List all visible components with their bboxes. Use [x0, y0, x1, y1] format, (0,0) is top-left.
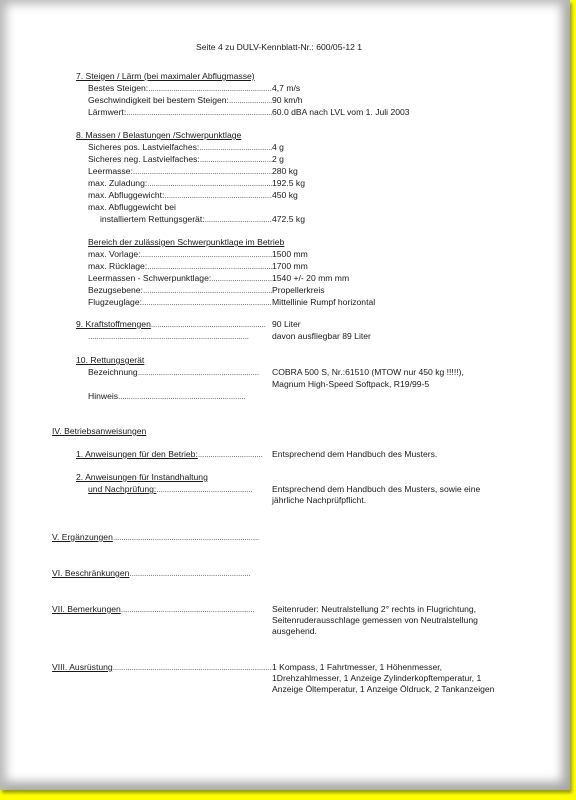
leader-dots: ........................................…	[121, 604, 255, 614]
row-label: installiertem Rettungsgerät:............…	[100, 214, 272, 225]
label-text: Lärmwert:	[88, 107, 126, 117]
iv-item-1: 1. Anweisungen für den Betrieb:.........…	[76, 449, 263, 460]
leader-dots: ........................................…	[151, 319, 266, 329]
row-label: Lärmwert:...............................…	[88, 107, 272, 118]
leader-dots: ........................................…	[126, 107, 272, 117]
row-label: Bezugsebene:............................…	[88, 285, 272, 296]
row-label: max. Rücklage:..........................…	[88, 261, 272, 272]
leader-dots: ........................................…	[88, 331, 249, 342]
fuel-total: 90 Liter	[272, 319, 301, 330]
row-value: 1700 mm	[272, 261, 308, 272]
leader-dots: ........................................…	[147, 178, 272, 188]
label-text: Leermasse:	[88, 166, 133, 176]
label-text: Leermassen - Schwerpunktlage:	[88, 273, 211, 283]
section-vi-row: VI. Beschränkungen......................…	[52, 568, 251, 579]
section-vii-value: Seitenruder: Neutralstellung 2° rechts i…	[272, 604, 508, 637]
leader-dots: ........................................…	[143, 285, 272, 295]
leader-dots: ........................................…	[113, 662, 272, 672]
row-label: max. Vorlage:...........................…	[88, 249, 272, 260]
leader-dots: ........................................…	[147, 261, 272, 271]
iv-item-2-label-b: und Nachprüfung:	[88, 484, 156, 494]
iv-item-1-value: Entsprechend dem Handbuch des Musters.	[272, 449, 437, 460]
leader-dots: ........................................…	[200, 154, 272, 164]
iv-item-2: und Nachprüfung:........................…	[88, 484, 252, 495]
leader-dots: ........................................…	[129, 568, 250, 578]
row-value: 472.5 kg	[272, 214, 305, 225]
document-content: Seite 4 zu DULV-Kennblatt-Nr.: 600/05-12…	[0, 0, 576, 800]
iv-item-2-label-a: 2. Anweisungen für Instandhaltung	[76, 472, 208, 483]
label-text: max. Abfluggewicht bei	[88, 202, 176, 212]
section-vii-title: VII. Bemerkungen	[52, 604, 121, 614]
label-text: Bestes Steigen:	[88, 83, 148, 93]
leader-dots: ........................................…	[164, 190, 272, 200]
leader-dots: ........................................…	[133, 166, 272, 176]
row-value: Propellerkreis	[272, 285, 325, 296]
leader-dots: ........................................…	[142, 297, 272, 307]
row-label: max. Abfluggewicht bei	[88, 202, 176, 213]
rescue-value-2: Magnum High-Speed Softpack, R19/99-5	[272, 379, 429, 390]
row-value: 1500 mm	[272, 249, 308, 260]
section-viii-row: VIII. Ausrüstung........................…	[52, 662, 271, 673]
section-viii-title: VIII. Ausrüstung	[52, 662, 113, 672]
section-v-title: V. Ergänzungen	[52, 532, 113, 542]
section-v-row: V. Ergänzungen..........................…	[52, 532, 259, 543]
cg-range-title: Bereich der zulässigen Schwerpunktlage i…	[88, 237, 284, 248]
label-text: Sicheres pos. Lastvielfaches:	[88, 142, 199, 152]
row-value: 280 kg	[272, 166, 298, 177]
section-vi-title: VI. Beschränkungen	[52, 568, 129, 578]
row-label: Leermassen - Schwerpunktlage:...........…	[88, 273, 272, 284]
section-iv-title: IV. Betriebsanweisungen	[52, 426, 146, 437]
row-label: Flugzeuglage:...........................…	[88, 297, 272, 308]
note-row: Hinweis.................................…	[88, 391, 245, 402]
leader-dots: ........................................…	[138, 367, 259, 377]
row-label: max. Zuladung:..........................…	[88, 178, 272, 189]
row-label: Sicheres pos. Lastvielfaches:...........…	[88, 142, 272, 153]
leader-dots: ........................................…	[199, 142, 272, 152]
leader-dots: ........................................…	[211, 273, 272, 283]
iv-item-1-label: 1. Anweisungen für den Betrieb:	[76, 449, 198, 459]
row-value: 60.0 dBA nach LVL vom 1. Juli 2003	[272, 107, 410, 118]
row-value: 1540 +/- 20 mm mm	[272, 273, 349, 284]
section-10-title: 10. Rettungsgerät	[76, 355, 144, 366]
leader-dots: ...............................	[198, 449, 263, 459]
iv-item-2-value: Entsprechend dem Handbuch des Musters, s…	[272, 484, 508, 506]
label-text: max. Rücklage:	[88, 261, 147, 271]
label-text: max. Abfluggewicht:	[88, 190, 164, 200]
row-value: 4,7 m/s	[272, 83, 300, 94]
row-label: max. Abfluggewicht:.....................…	[88, 190, 272, 201]
page-header: Seite 4 zu DULV-Kennblatt-Nr.: 600/05-12…	[196, 42, 362, 53]
row-value: 4 g	[272, 142, 284, 153]
label-text: max. Vorlage:	[88, 249, 141, 259]
section-vii-row: VII. Bemerkungen........................…	[52, 604, 254, 615]
row-value: 450 kg	[272, 190, 298, 201]
leader-dots: ........................................…	[141, 249, 272, 259]
leader-dots: ........................................…	[229, 95, 272, 105]
section-8-title: 8. Massen / Belastungen /Schwerpunktlage	[76, 130, 241, 141]
fuel-usable: davon ausfliegbar 89 Liter	[272, 331, 371, 342]
section-7-title: 7. Steigen / Lärm (bei maximaler Abflugm…	[76, 71, 255, 82]
row-label: Bestes Steigen:.........................…	[88, 83, 272, 94]
row-label: Leermasse:..............................…	[88, 166, 272, 177]
section-9-row: 9. Kraftstoffmengen.....................…	[76, 319, 266, 330]
label-text: Sicheres neg. Lastvielfaches:	[88, 154, 200, 164]
rescue-label: Bezeichnung	[88, 367, 138, 377]
label-text: installiertem Rettungsgerät:	[100, 214, 205, 224]
leader-dots: ........................................…	[148, 83, 272, 93]
note-label: Hinweis	[88, 391, 118, 401]
row-label: Geschwindigkeit bei bestem Steigen:.....…	[88, 95, 272, 106]
row-value: 90 km/h	[272, 95, 303, 106]
label-text: Flugzeuglage:	[88, 297, 142, 307]
row-label: Sicheres neg. Lastvielfaches:...........…	[88, 154, 272, 165]
rescue-label-row: Bezeichnung.............................…	[88, 367, 259, 378]
row-value: Mittellinie Rumpf horizontal	[272, 297, 375, 308]
leader-dots: ........................................…	[205, 214, 272, 224]
leader-dots: ........................................…	[156, 484, 252, 494]
label-text: Bezugsebene:	[88, 285, 143, 295]
section-viii-value: 1 Kompass, 1 Fahrtmesser, 1 Höhenmesser,…	[272, 662, 508, 695]
leader-dots: ........................................…	[118, 391, 245, 401]
row-value: 2 g	[272, 154, 284, 165]
row-value: 192.5 kg	[272, 178, 305, 189]
rescue-value: COBRA 500 S, Nr.:61510 (MTOW nur 450 kg …	[272, 367, 464, 378]
label-text: Geschwindigkeit bei bestem Steigen:	[88, 95, 229, 105]
label-text: max. Zuladung:	[88, 178, 147, 188]
section-9-title: 9. Kraftstoffmengen	[76, 319, 151, 329]
leader-dots: ........................................…	[113, 532, 259, 542]
